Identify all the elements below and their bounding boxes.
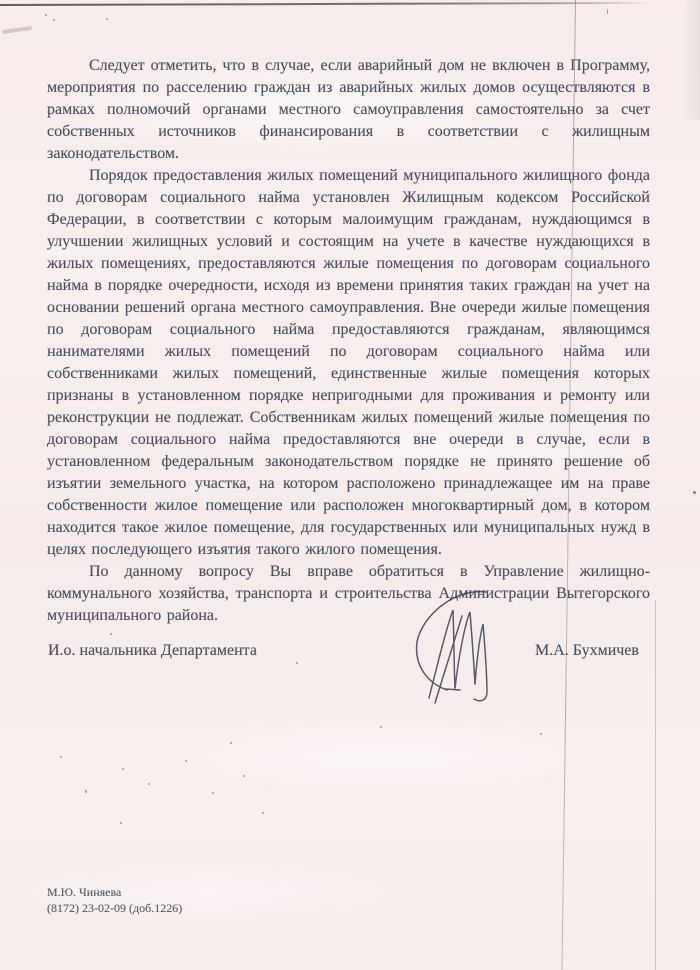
body-paragraph-1: Следует отметить, что в случае, если ава… bbox=[47, 55, 650, 165]
scan-speckle bbox=[262, 812, 264, 814]
scan-speckle bbox=[120, 822, 122, 824]
scan-speckle bbox=[185, 760, 187, 762]
scan-speckle bbox=[607, 9, 608, 14]
scan-speckle bbox=[540, 733, 542, 735]
scan-smudge bbox=[2, 26, 32, 34]
body-paragraph-2: Порядок предоставления жилых помещений м… bbox=[47, 165, 650, 561]
scan-speckle bbox=[45, 14, 47, 16]
executor-name: М.Ю. Чиняева bbox=[47, 884, 182, 900]
scan-speckle bbox=[212, 792, 214, 794]
scan-corner-shade bbox=[682, 0, 700, 120]
handwritten-signature-icon bbox=[402, 586, 497, 708]
scan-top-edge-artifact bbox=[0, 2, 652, 6]
body-paragraph-3: По данному вопросу Вы вправе обратиться … bbox=[47, 561, 650, 627]
scan-speckle bbox=[693, 491, 696, 494]
signer-position-title: И.о. начальника Департамента bbox=[48, 642, 257, 660]
scan-speckle bbox=[106, 18, 108, 20]
scan-speckle bbox=[380, 726, 382, 728]
executor-phone: (8172) 23-02-09 (доб.1226) bbox=[47, 900, 182, 916]
scan-speckle bbox=[230, 742, 232, 744]
scan-speckle bbox=[53, 19, 55, 21]
signer-name: М.А. Бухмичев bbox=[535, 642, 639, 660]
scanned-letter-page: Следует отметить, что в случае, если ава… bbox=[0, 0, 700, 970]
scan-speckle bbox=[148, 783, 150, 785]
scan-speckle bbox=[85, 790, 87, 793]
letter-body: Следует отметить, что в случае, если ава… bbox=[47, 55, 650, 627]
executor-block: М.Ю. Чиняева (8172) 23-02-09 (доб.1226) bbox=[47, 884, 182, 916]
scan-speckle bbox=[243, 775, 245, 777]
scan-speckle bbox=[60, 756, 62, 758]
scan-right-edge-artifact bbox=[655, 600, 656, 970]
scan-speckle bbox=[296, 662, 298, 664]
scan-speckle bbox=[110, 633, 112, 635]
scan-speckle bbox=[122, 768, 124, 770]
